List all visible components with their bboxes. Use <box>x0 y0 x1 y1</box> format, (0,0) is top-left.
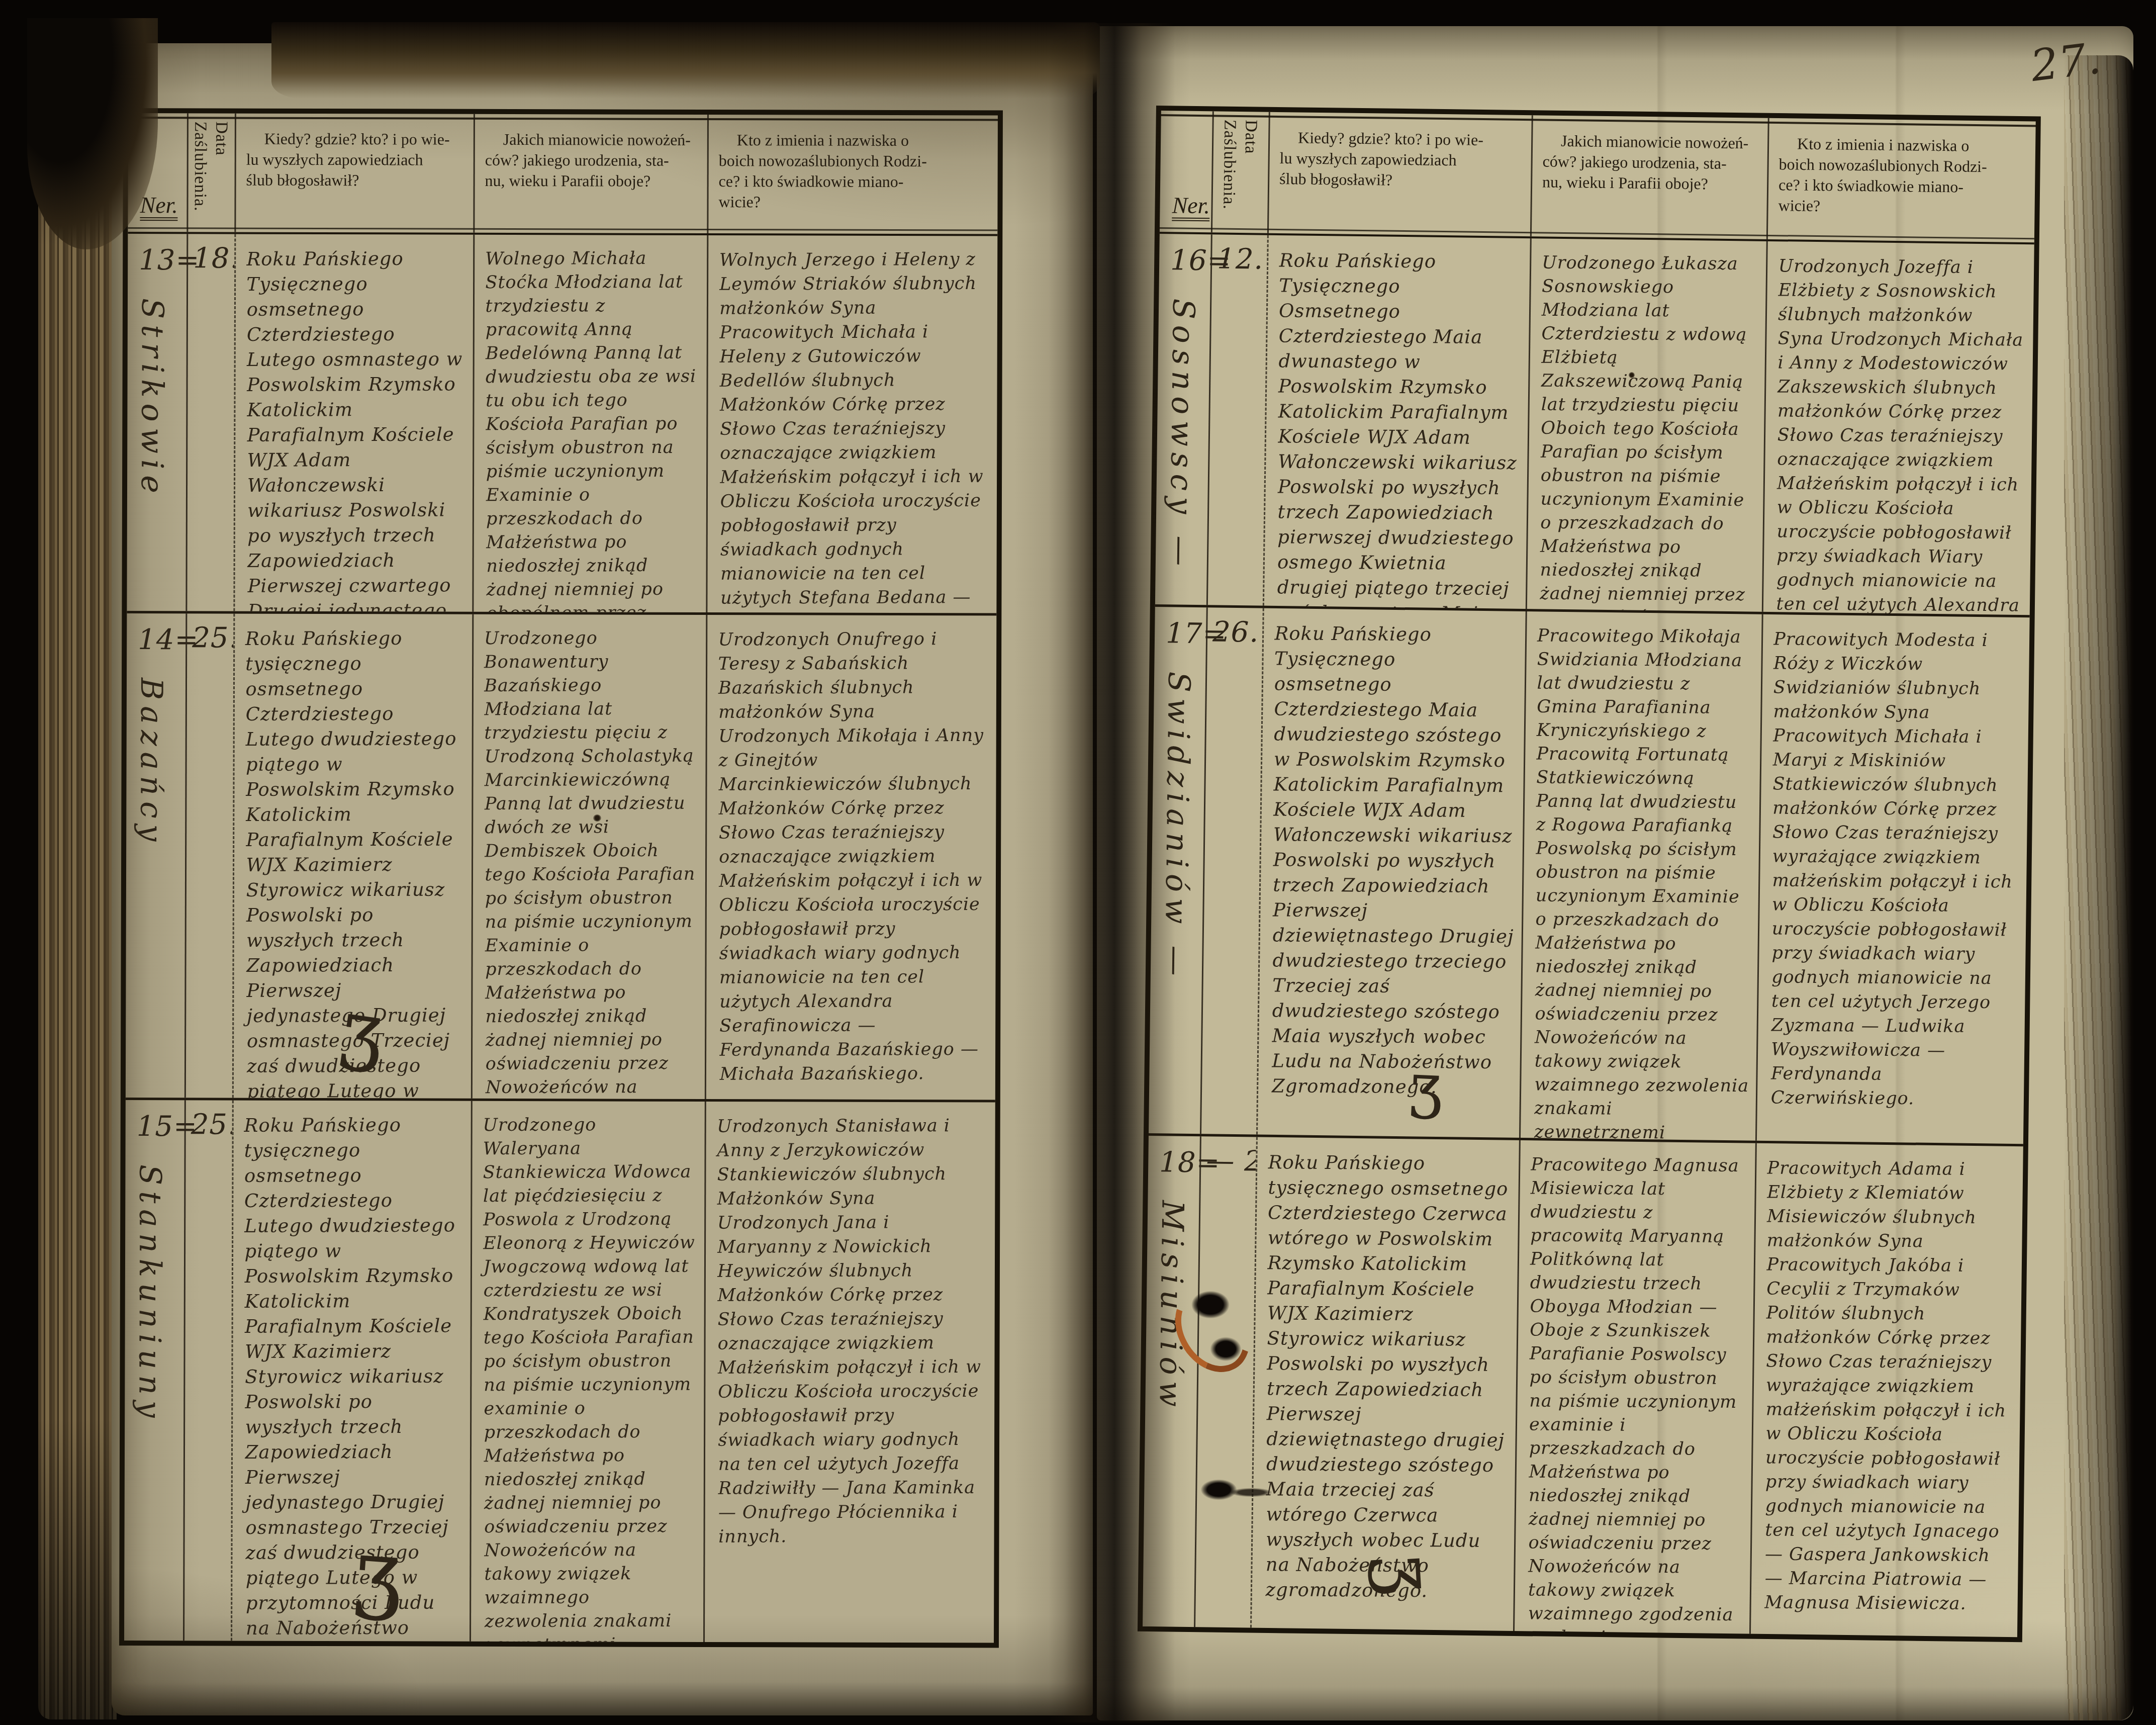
entry-who-text: Urodzonego Bonawentury Bazańskiego Młodz… <box>473 614 706 1099</box>
torn-edge-top <box>271 22 1100 99</box>
entry-witnesses-cell: Pracowitych Modesta i Róży z Wiczków Swi… <box>1757 614 2030 1144</box>
entry-date-cell: — 2. <box>1195 1136 1258 1627</box>
entry-when-text: Roku Pańskiego tysięcznego osmsetnego Cz… <box>232 1101 471 1642</box>
header-who: Jakich mianowicie nowożeń- ców? jakiego … <box>475 114 709 233</box>
entry-date: 26. <box>1212 615 1259 649</box>
book-spine-page-edges <box>38 45 117 1719</box>
entry-witnesses-cell: Wolnych Jerzego i Heleny z Leymów Striak… <box>707 235 997 613</box>
entry-when-cell: Roku Pańskiego tysięcznego osmsetnego Cz… <box>234 614 474 1099</box>
entry-who-cell: Wolnego Michała Stoćka Młodziana lat trz… <box>474 235 708 612</box>
pen-flourish: Ʒ <box>1351 1553 1435 1597</box>
entry-who-cell: Urodzonego Łukasza Sosnowskiego Młodzian… <box>1527 238 1768 612</box>
header-who-label: Jakich mianowicie nowożeń- ców? jakiego … <box>1532 115 1768 195</box>
book-scan: Ner. Data Zaślubienia. Kiedy? gdzie? kto… <box>0 0 2156 1725</box>
entry-witnesses-text: Urodzonych Jozeffa i Elżbiety z Sosnowsk… <box>1764 242 2033 615</box>
entry-place-vertical: Sosnowscy — <box>1163 298 1201 572</box>
entry-witnesses-cell: Urodzonych Onufrego i Teresy z Sabańskic… <box>706 615 997 1100</box>
entry-when-text: Roku Pańskiego tysięcznego osmsetnego Cz… <box>1253 1138 1518 1608</box>
entry-row-14: 14= Bazańcy 25. Roku Pańskiego tysięczne… <box>126 613 997 1103</box>
header-date: Data Zaślubienia. <box>188 113 236 232</box>
entry-when-cell: Roku Pańskiego tysięcznego osmsetnego Cz… <box>232 1101 473 1642</box>
entry-row-18: 18= Misiuniów — 2. Roku Pańskiego tysięc… <box>1143 1136 2023 1637</box>
header-witnesses-label: Kto z imienia i nazwiska o boich nowozaś… <box>708 115 998 213</box>
table-header-row: Ner. Data Zaślubienia. Kiedy? gdzie? kto… <box>1160 111 2036 244</box>
entry-place-vertical: Bazańcy <box>133 678 169 848</box>
entry-date: 12. <box>1217 243 1264 276</box>
entry-when-cell: Roku Pańskiego Tysięcznego Osmsetnego Cz… <box>1264 235 1532 609</box>
header-date: Data Zaślubienia. <box>1212 111 1270 233</box>
entry-date: 25. <box>191 1108 234 1141</box>
marriage-register-table-left: Ner. Data Zaślubienia. Kiedy? gdzie? kto… <box>119 108 1003 1648</box>
entry-witnesses-text: Urodzonych Stanisława i Anny z Jerzykowi… <box>705 1102 995 1553</box>
entry-row-17: 17= Swidzianiów — 26. Roku Pańskiego Tys… <box>1149 607 2030 1146</box>
header-when: Kiedy? gdzie? kto? i po wie- lu wyszłych… <box>236 114 475 233</box>
entry-who-cell: Pracowitego Mikołaja Swidziania Młodzian… <box>1521 611 1763 1141</box>
entry-who-cell: Urodzonego Bonawentury Bazańskiego Młodz… <box>473 614 708 1099</box>
entry-date: — 2. <box>1206 1144 1258 1178</box>
entry-witnesses-cell: Urodzonych Jozeffa i Elżbiety z Sosnowsk… <box>1763 241 2034 615</box>
entry-date-cell: 26. <box>1201 607 1264 1134</box>
entry-witnesses-text: Pracowitych Adama i Elżbiety z Klemiatów… <box>1752 1144 2022 1620</box>
entry-date-cell: 18. <box>187 234 236 611</box>
header-who: Jakich mianowicie nowożeń- ców? jakiego … <box>1532 115 1769 239</box>
entry-date: 25. <box>192 621 235 654</box>
header-when-label: Kiedy? gdzie? kto? i po wie- lu wyszłych… <box>236 114 474 191</box>
entry-when-cell: Roku Pańskiego Tysięcznego osmsetnego Cz… <box>235 234 475 612</box>
entry-when-cell: Roku Pańskiego tysięcznego osmsetnego Cz… <box>1252 1137 1521 1631</box>
pen-flourish: Ʒ <box>349 1537 405 1642</box>
header-witnesses-label: Kto z imienia i nazwiska o boich nowozaś… <box>1768 118 2035 219</box>
entry-witnesses-text: Pracowitych Modesta i Róży z Wiczków Swi… <box>1759 615 2028 1115</box>
ink-speck <box>1629 372 1635 378</box>
header-witnesses: Kto z imienia i nazwiska o boich nowozaś… <box>1768 118 2036 242</box>
entry-when-cell: Roku Pańskiego Tysięcznego osmsetnego Cz… <box>1258 608 1527 1138</box>
entry-number-cell: 17= Swidzianiów — <box>1149 607 1208 1134</box>
entry-number-cell: 14= Bazańcy <box>126 613 188 1098</box>
entry-number-cell: 15= Stankuniuny <box>124 1100 186 1641</box>
entry-who-text: Pracowitego Magnusa Misiewicza lat dwudz… <box>1516 1141 1754 1633</box>
entry-who-text: Pracowitego Mikołaja Swidziania Młodzian… <box>1522 612 1760 1140</box>
binding-hole-bottom <box>1186 1467 1272 1512</box>
entry-place-vertical: Stankuniuny <box>132 1164 167 1424</box>
entry-number-cell: 18= Misiuniów <box>1143 1136 1201 1627</box>
header-when-label: Kiedy? gdzie? kto? i po wie- lu wyszłych… <box>1269 112 1532 192</box>
entry-date-cell: 25. <box>184 1100 234 1641</box>
entry-place-vertical: Swidzianiów — <box>1158 671 1197 982</box>
entry-when-text: Roku Pańskiego Tysięcznego osmsetnego Cz… <box>235 234 473 612</box>
entry-place-vertical: Strikowie <box>134 298 170 499</box>
entry-witnesses-text: Urodzonych Onufrego i Teresy z Sabańskic… <box>706 615 997 1091</box>
header-ner-label: Ner. <box>140 193 178 221</box>
header-ner: Ner. <box>1160 111 1214 232</box>
entry-number-cell: 13= Strikowie <box>127 234 188 611</box>
pen-flourish: Ʒ <box>1408 1062 1444 1133</box>
header-date-vertical-label: Data Zaślubienia. <box>1218 120 1261 210</box>
entry-who-cell: Urodzonego Waleryana Stankiewicza Wdowca… <box>471 1101 706 1642</box>
entry-who-text: Wolnego Michała Stoćka Młodziana lat trz… <box>474 235 707 612</box>
entry-witnesses-cell: Pracowitych Adama i Elżbiety z Klemiatów… <box>1751 1143 2023 1637</box>
header-witnesses: Kto z imienia i nazwiska o boich nowozaś… <box>708 115 998 234</box>
ink-speck <box>593 814 601 822</box>
page-number: 27. <box>2028 33 2104 92</box>
entry-when-text: Roku Pańskiego Tysięcznego Osmsetnego Cz… <box>1264 236 1529 609</box>
header-who-label: Jakich mianowicie nowożeń- ców? jakiego … <box>475 114 707 192</box>
header-ner-label: Ner. <box>1172 193 1210 221</box>
entry-date: 18. <box>193 242 236 275</box>
header-date-vertical-label: Data Zaślubienia. <box>190 121 232 211</box>
fore-edge-right <box>2064 55 2133 1720</box>
entry-when-text: Roku Pańskiego Tysięcznego osmsetnego Cz… <box>1260 609 1524 1104</box>
entry-row-15: 15= Stankuniuny 25. Roku Pańskiego tysię… <box>124 1100 995 1643</box>
entry-who-cell: Pracowitego Magnusa Misiewicza lat dwudz… <box>1515 1140 1757 1634</box>
entry-row-13: 13= Strikowie 18. Roku Pańskiego Tysięcz… <box>127 234 997 616</box>
entry-witnesses-text: Wolnych Jerzego i Heleny z Leymów Striak… <box>707 235 997 613</box>
entry-witnesses-cell: Urodzonych Stanisława i Anny z Jerzykowi… <box>705 1102 995 1643</box>
entry-date-cell: 12. <box>1208 234 1269 605</box>
entry-row-16: 16= Sosnowscy — 12. Roku Pańskiego Tysię… <box>1155 234 2034 617</box>
entry-number-cell: 16= Sosnowscy — <box>1155 234 1212 605</box>
header-when: Kiedy? gdzie? kto? i po wie- lu wyszłych… <box>1269 112 1533 236</box>
entry-date-cell: 25. <box>186 613 235 1098</box>
entry-who-text: Urodzonego Waleryana Stankiewicza Wdowca… <box>471 1101 705 1642</box>
entry-who-text: Urodzonego Łukasza Sosnowskiego Młodzian… <box>1527 239 1765 612</box>
marriage-register-table-right: Ner. Data Zaślubienia. Kiedy? gdzie? kto… <box>1138 106 2041 1642</box>
table-header-row: Ner. Data Zaślubienia. Kiedy? gdzie? kto… <box>128 113 998 236</box>
